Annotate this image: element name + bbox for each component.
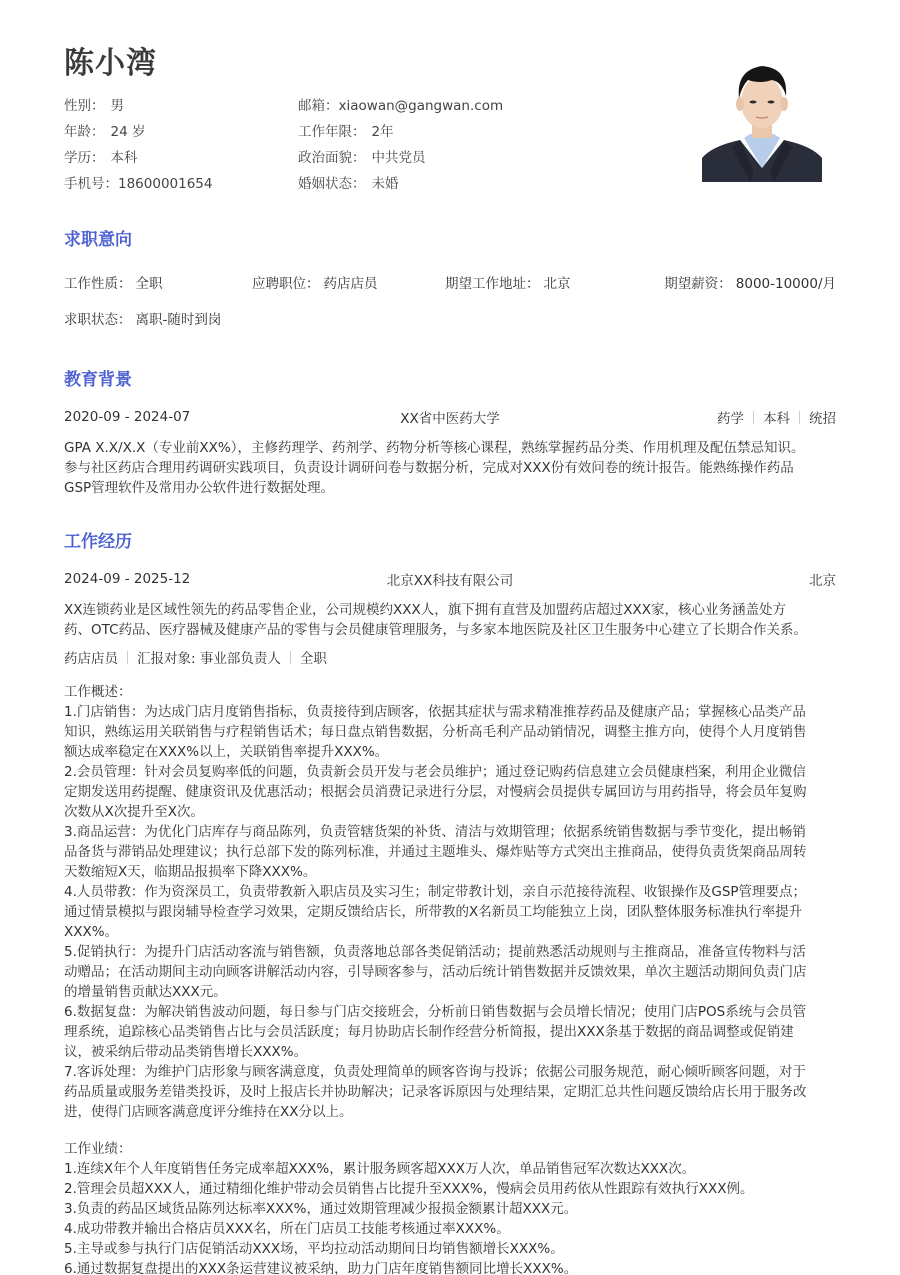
overview-line: 药品质量或服务差错类投诉，及时上报店长并协助解决；记录客诉原因与处理结果，定期汇… xyxy=(64,1082,836,1102)
overview-line: XXX%。 xyxy=(64,922,836,942)
info-label: 政治面貌： xyxy=(298,150,366,166)
info-value: 本科 xyxy=(111,150,138,166)
work-company: 北京XX科技有限公司 xyxy=(64,569,836,589)
overview-line: 进，使得门店顾客满意度评分维持在XX分以上。 xyxy=(64,1102,836,1122)
info-value: 未婚 xyxy=(372,176,399,192)
intent-label: 工作性质： xyxy=(64,276,132,292)
portrait-image xyxy=(702,50,822,182)
overview-line: 天数缩短X天，临期品报损率下降XXX%。 xyxy=(64,862,836,882)
intent-position: 应聘职位：药店店员 xyxy=(252,272,378,292)
overview-line: 议，被采纳后带动品类销售增长XXX%。 xyxy=(64,1042,836,1062)
overview-title: 工作概述： xyxy=(64,682,836,702)
work-overview: 工作概述： 1.门店销售：为达成门店月度销售指标，负责接待到店顾客，依据其症状与… xyxy=(64,682,836,1122)
description-line: 参与社区药店合理用药调研实践项目，负责设计调研问卷与数据分析，完成对XXX份有效… xyxy=(64,458,836,478)
overview-line: 通过情景模拟与跟岗辅导检查学习效果，定期反馈给店长，所带教的X名新员工均能独立上… xyxy=(64,902,836,922)
intent-label: 期望工作地址： xyxy=(445,276,540,292)
intent-label: 应聘职位： xyxy=(252,276,320,292)
description-line: GPA X.X/X.X（专业前XX%），主修药理学、药剂学、药物分析等核心课程，… xyxy=(64,438,836,458)
description-line: GSP管理软件及常用办公软件进行数据处理。 xyxy=(64,478,836,498)
work-achievements: 工作业绩： 1.连续X年个人年度销售任务完成率超XXX%，累计服务顾客超XXX万… xyxy=(64,1139,836,1275)
intent-job-type: 工作性质：全职 xyxy=(64,272,163,292)
intent-value: 北京 xyxy=(544,276,571,292)
education-description: GPA X.X/X.X（专业前XX%），主修药理学、药剂学、药物分析等核心课程，… xyxy=(64,438,836,498)
intent-label: 期望薪资： xyxy=(664,276,732,292)
section-title-education: 教育背景 xyxy=(64,365,132,390)
education-school: XX省中医药大学 xyxy=(64,407,836,427)
info-email: 邮箱：xiaowan@gangwan.com xyxy=(298,95,503,121)
overview-line: 6.数据复盘：为解决销售波动问题，每日参与门店交接班会，分析前日销售数据与会员增… xyxy=(64,1002,836,1022)
profile-photo xyxy=(702,50,822,182)
section-title-intent: 求职意向 xyxy=(64,225,132,250)
info-work-years: 工作年限：2年 xyxy=(298,121,394,147)
company-description: XX连锁药业是区域性领先的药品零售企业，公司规模约XXX人，旗下拥有直营及加盟药… xyxy=(64,600,836,640)
overview-line: 的增量销售贡献达XXX元。 xyxy=(64,982,836,1002)
info-phone: 手机号：18600001654 xyxy=(64,173,212,199)
intent-value: 离职-随时到岗 xyxy=(136,312,222,328)
intent-status: 求职状态：离职-随时到岗 xyxy=(64,308,221,328)
education-header-row: 2020-09 - 2024-07 XX省中医药大学 药学 本科 统招 xyxy=(64,407,836,427)
overview-line: 7.客诉处理：为维护门店形象与顾客满意度，负责处理简单的顾客咨询与投诉；依据公司… xyxy=(64,1062,836,1082)
description-line: XX连锁药业是区域性领先的药品零售企业，公司规模约XXX人，旗下拥有直营及加盟药… xyxy=(64,600,836,620)
info-gender: 性别：男 xyxy=(64,95,124,121)
achievement-line: 3.负责的药品区域货品陈列达标率XXX%，通过效期管理减少报损金额累计超XXX元… xyxy=(64,1199,836,1219)
intent-label: 求职状态： xyxy=(64,312,132,328)
info-label: 年龄： xyxy=(64,124,105,140)
overview-line: 5.促销执行：为提升门店活动客流与销售额，负责落地总部各类促销活动；提前熟悉活动… xyxy=(64,942,836,962)
overview-line: 理系统，追踪核心品类销售占比与会员活跃度；每月协助店长制作经营分析简报，提出XX… xyxy=(64,1022,836,1042)
info-value: 18600001654 xyxy=(118,176,212,192)
overview-line: 2.会员管理：针对会员复购率低的问题，负责新会员开发与老会员维护；通过登记购药信… xyxy=(64,762,836,782)
achievement-line: 2.管理会员超XXX人，通过精细化维护带动会员销售占比提升至XXX%，慢病会员用… xyxy=(64,1179,836,1199)
info-value: 中共党员 xyxy=(372,150,426,166)
overview-line: 4.人员带教：作为资深员工，负责带教新入职店员及实习生；制定带教计划，亲自示范接… xyxy=(64,882,836,902)
achievement-line: 6.通过数据复盘提出的XXX条运营建议被采纳，助力门店年度销售额同比增长XXX%… xyxy=(64,1259,836,1275)
overview-line: 3.商品运营：为优化门店库存与商品陈列，负责管辖货架的补货、清洁与效期管理；依据… xyxy=(64,822,836,842)
intent-value: 8000-10000/月 xyxy=(736,276,836,292)
overview-line: 1.门店销售：为达成门店月度销售指标，负责接待到店顾客，依据其症状与需求精准推荐… xyxy=(64,702,836,722)
overview-line: 动赠品；在活动期间主动向顾客讲解活动内容，引导顾客参与，活动后统计销售数据并反馈… xyxy=(64,962,836,982)
achievements-title: 工作业绩： xyxy=(64,1139,836,1159)
info-value: 24 岁 xyxy=(111,124,146,140)
info-label: 邮箱： xyxy=(298,98,339,114)
description-line: 药、OTC药品、医疗器械及健康产品的零售与会员健康管理服务，与多家本地医院及社区… xyxy=(64,620,836,640)
info-label: 工作年限： xyxy=(298,124,366,140)
info-age: 年龄：24 岁 xyxy=(64,121,145,147)
info-label: 学历： xyxy=(64,150,105,166)
intent-location: 期望工作地址：北京 xyxy=(445,272,571,292)
intent-value: 全职 xyxy=(136,276,163,292)
tag-separator xyxy=(290,651,291,664)
tag-separator xyxy=(127,651,128,664)
intent-value: 药店店员 xyxy=(324,276,378,292)
info-label: 性别： xyxy=(64,98,105,114)
work-tag-role: 药店店员 xyxy=(64,647,118,667)
overview-line: 额达成率稳定在XXX%以上，关联销售率提升XXX%。 xyxy=(64,742,836,762)
overview-line: 定期发送用药提醒、健康资讯及优惠活动；根据会员消费记录进行分层，对慢病会员提供专… xyxy=(64,782,836,802)
info-label: 手机号： xyxy=(64,176,118,192)
info-marital: 婚姻状态：未婚 xyxy=(298,173,399,199)
info-label: 婚姻状态： xyxy=(298,176,366,192)
overview-line: 品备货与滞销品处理建议；执行总部下发的陈列标准，并通过主题堆头、爆炸贴等方式突出… xyxy=(64,842,836,862)
info-education: 学历：本科 xyxy=(64,147,138,173)
work-header-row: 2024-09 - 2025-12 北京XX科技有限公司 北京 xyxy=(64,569,836,589)
achievement-line: 1.连续X年个人年度销售任务完成率超XXX%，累计服务顾客超XXX万人次，单品销… xyxy=(64,1159,836,1179)
work-tag-report-to: 汇报对象: 事业部负责人 xyxy=(137,647,281,667)
overview-line: 知识，熟练运用关联销售与疗程销售话术；每日盘点销售数据，分析高毛利产品动销情况，… xyxy=(64,722,836,742)
info-value: 男 xyxy=(111,98,125,114)
work-tags: 药店店员 汇报对象: 事业部负责人 全职 xyxy=(64,647,327,667)
candidate-name: 陈小湾 xyxy=(64,38,157,82)
info-value: xiaowan@gangwan.com xyxy=(339,98,504,114)
overview-line: 次数从X次提升至X次。 xyxy=(64,802,836,822)
achievement-line: 4.成功带教并输出合格店员XXX名，所在门店员工技能考核通过率XXX%。 xyxy=(64,1219,836,1239)
achievement-line: 5.主导或参与执行门店促销活动XXX场，平均拉动活动期间日均销售额增长XXX%。 xyxy=(64,1239,836,1259)
info-value: 2年 xyxy=(372,124,394,140)
info-political: 政治面貌：中共党员 xyxy=(298,147,426,173)
intent-salary: 期望薪资：8000-10000/月 xyxy=(664,272,836,292)
section-title-work: 工作经历 xyxy=(64,527,132,552)
work-tag-type: 全职 xyxy=(300,647,327,667)
